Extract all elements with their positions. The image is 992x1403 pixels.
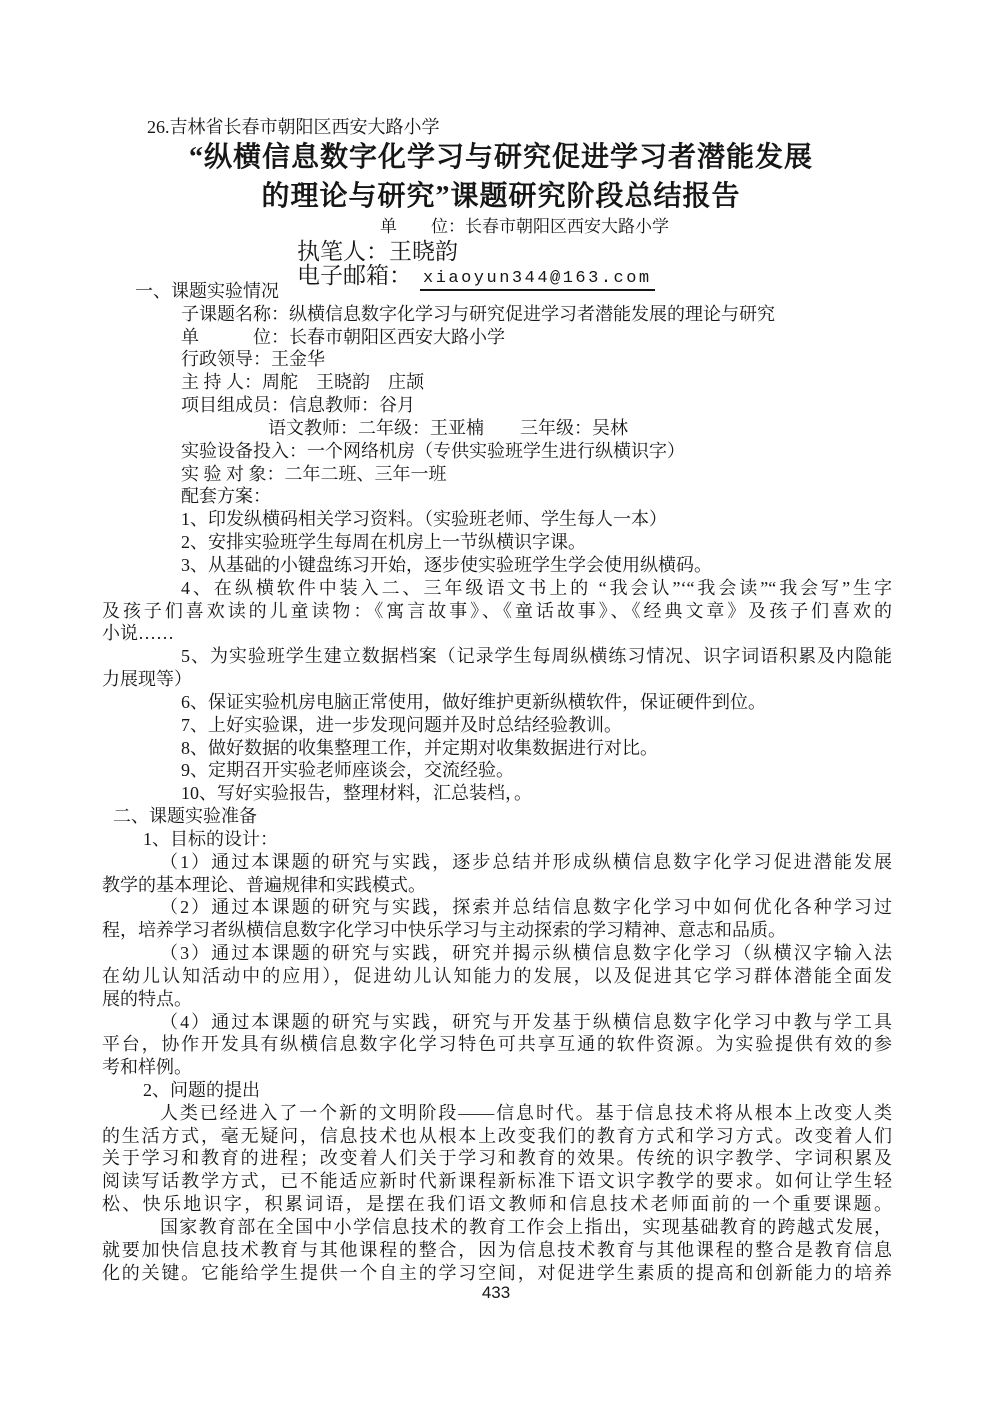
text-line: 小说…… <box>102 622 892 645</box>
text-line: 力展现等） <box>102 668 892 691</box>
text-line: 8、做好数据的收集整理工作，并定期对收集数据进行对比。 <box>102 737 892 760</box>
text-line: 关于学习和教育的进程；改变着人们关于学习和教育的效果。传统的识字教学、字词积累及 <box>102 1147 892 1170</box>
document-body: 一、课题实验情况子课题名称：纵横信息数字化学习与研究促进学习者潜能发展的理论与研… <box>102 280 892 1284</box>
text-line: 项目组成员：信息教师：谷月 <box>102 394 892 417</box>
text-line: 5、为实验班学生建立数据档案（记录学生每周纵横练习情况、识字词语积累及内隐能 <box>102 645 892 668</box>
text-line: 程，培养学习者纵横信息数字化学习中快乐学习与主动探索的学习精神、意志和品质。 <box>102 919 892 942</box>
text-line: 子课题名称：纵横信息数字化学习与研究促进学习者潜能发展的理论与研究 <box>102 303 892 326</box>
text-line: 9、定期召开实验老师座谈会，交流经验。 <box>102 759 892 782</box>
text-line: 2、问题的提出 <box>102 1079 892 1102</box>
text-line: （2）通过本课题的研究与实践，探索并总结信息数字化学习中如何优化各种学习过 <box>102 896 892 919</box>
text-line: 10、写好实验报告，整理材料，汇总装档，。 <box>102 782 892 805</box>
document-title-line2: 的理论与研究”课题研究阶段总结报告 <box>10 177 992 216</box>
text-line: 行政领导：王金华 <box>102 348 892 371</box>
text-line: 实验设备投入：一个网络机房（专供实验班学生进行纵横识字） <box>102 440 892 463</box>
text-line: 实 验 对 象：二年二班、三年一班 <box>102 463 892 486</box>
text-line: 配套方案： <box>102 485 892 508</box>
text-line: 主 持 人：周舵 王晓韵 庄颉 <box>102 371 892 394</box>
text-line: 一、课题实验情况 <box>102 280 892 303</box>
text-line: 7、上好实验课，进一步发现问题并及时总结经验教训。 <box>102 714 892 737</box>
text-line: 国家教育部在全国中小学信息技术的教育工作会上指出，实现基础教育的跨越式发展， <box>102 1216 892 1239</box>
text-line: 的生活方式，毫无疑问，信息技术也从根本上改变我们的教育方式和学习方式。改变着人们 <box>102 1125 892 1148</box>
text-line: 语文教师：二年级：王亚楠 三年级：吴林 <box>102 417 892 440</box>
text-line: 4、在纵横软件中装入二、三年级语文书上的 “我会认”‘“我会读”“我会写”生字 <box>102 577 892 600</box>
text-line: 单 位：长春市朝阳区西安大路小学 <box>102 326 892 349</box>
school-header: 26.吉林省长春市朝阳区西安大路小学 <box>147 116 440 138</box>
text-line: 6、保证实验机房电脑正常使用，做好维护更新纵横软件，保证硬件到位。 <box>102 691 892 714</box>
text-line: （4）通过本课题的研究与实践，研究与开发基于纵横信息数字化学习中教与学工具 <box>102 1011 892 1034</box>
text-line: 及孩子们喜欢读的儿童读物：《寓言故事》、《童话故事》、《经典文章》及孩子们喜欢的 <box>102 600 892 623</box>
text-line: 就要加快信息技术教育与其他课程的整合，因为信息技术教育与其他课程的整合是教育信息 <box>102 1239 892 1262</box>
text-line: 二、课题实验准备 <box>102 805 892 828</box>
text-line: 1、目标的设计： <box>102 828 892 851</box>
text-line: 化的关键。它能给学生提供一个自主的学习空间，对促进学生素质的提高和创新能力的培养 <box>102 1262 892 1285</box>
text-line: 人类已经进入了一个新的文明阶段——信息时代。基于信息技术将从根本上改变人类 <box>102 1102 892 1125</box>
text-line: （1）通过本课题的研究与实践，逐步总结并形成纵横信息数字化学习促进潜能发展 <box>102 851 892 874</box>
text-line: （3）通过本课题的研究与实践，研究并揭示纵横信息数字化学习（纵横汉字输入法 <box>102 942 892 965</box>
text-line: 教学的基本理论、普遍规律和实践模式。 <box>102 874 892 897</box>
text-line: 松、快乐地识字，积累词语，是摆在我们语文教师和信息技术老师面前的一个重要课题。 <box>102 1193 892 1216</box>
unit-line: 单 位：长春市朝阳区西安大路小学 <box>380 216 669 238</box>
page-number: 433 <box>0 1283 992 1303</box>
text-line: 3、从基础的小键盘练习开始，逐步使实验班学生学会使用纵横码。 <box>102 554 892 577</box>
author-line: 执笔人：王晓韵 <box>297 239 458 264</box>
text-line: 阅读写话教学方式，已不能适应新时代新课程新标准下语文识字教学的要求。如何让学生轻 <box>102 1170 892 1193</box>
document-title-line1: “纵横信息数字化学习与研究促进学习者潜能发展 <box>10 138 992 177</box>
text-line: 在幼儿认知活动中的应用），促进幼儿认知能力的发展，以及促进其它学习群体潜能全面发 <box>102 965 892 988</box>
text-line: 考和样例。 <box>102 1056 892 1079</box>
document-page: 26.吉林省长春市朝阳区西安大路小学 “纵横信息数字化学习与研究促进学习者潜能发… <box>0 0 992 1403</box>
document-title: “纵横信息数字化学习与研究促进学习者潜能发展 的理论与研究”课题研究阶段总结报告 <box>0 138 992 216</box>
text-line: 平台，协作开发具有纵横信息数字化学习特色可共享互通的软件资源。为实验提供有效的参 <box>102 1033 892 1056</box>
text-line: 展的特点。 <box>102 988 892 1011</box>
text-line: 2、安排实验班学生每周在机房上一节纵横识字课。 <box>102 531 892 554</box>
text-line: 1、印发纵横码相关学习资料。（实验班老师、学生每人一本） <box>102 508 892 531</box>
